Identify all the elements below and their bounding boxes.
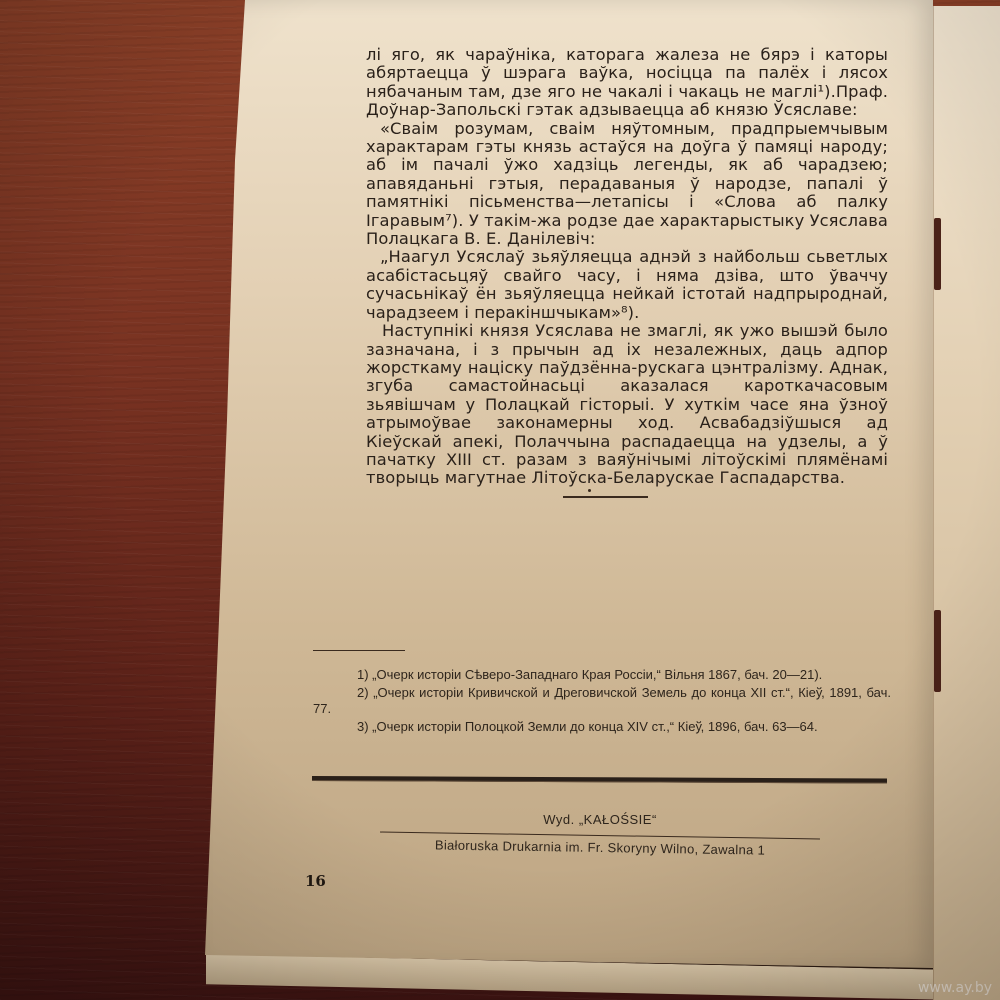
binding-thread-top [934, 218, 941, 290]
footnote-rule [313, 650, 405, 651]
paragraph: Наступнікі князя Усяслава не змаглі, як … [366, 322, 888, 488]
paragraph: лі яго, як чараўніка, каторага жалеза не… [366, 46, 888, 120]
footnote: 2) „Очерк исторіи Кривичской и Дреговичс… [313, 685, 891, 717]
footnotes: 1) „Очерк исторіи Сѣверо-Западнаго Края … [313, 667, 891, 737]
facing-page [933, 6, 1000, 1000]
imprint: Wyd. „KAŁOŚSIE“ Białoruska Drukarnia im.… [380, 812, 820, 855]
paragraph-quote-danilevich: „Наагул Усяслаў зьяўляецца аднэй з найбо… [366, 248, 888, 322]
footnote: 1) „Очерк исторіи Сѣверо-Западнаго Края … [313, 667, 891, 683]
publisher: Wyd. „KAŁOŚSIE“ [380, 812, 820, 827]
paragraph-quote-dounar: «Сваім розумам, сваім няўтомным, прадпры… [366, 120, 888, 249]
binding-thread-bottom [934, 610, 941, 692]
section-separator [563, 496, 648, 498]
separator-dot [588, 489, 591, 492]
body-text: лі яго, як чараўніка, каторага жалеза не… [366, 46, 888, 488]
footnote: 3) „Очерк исторіи Полоцкой Земли до конц… [313, 719, 891, 735]
watermark: www.ay.by [918, 980, 992, 996]
page-number: 16 [305, 872, 326, 890]
